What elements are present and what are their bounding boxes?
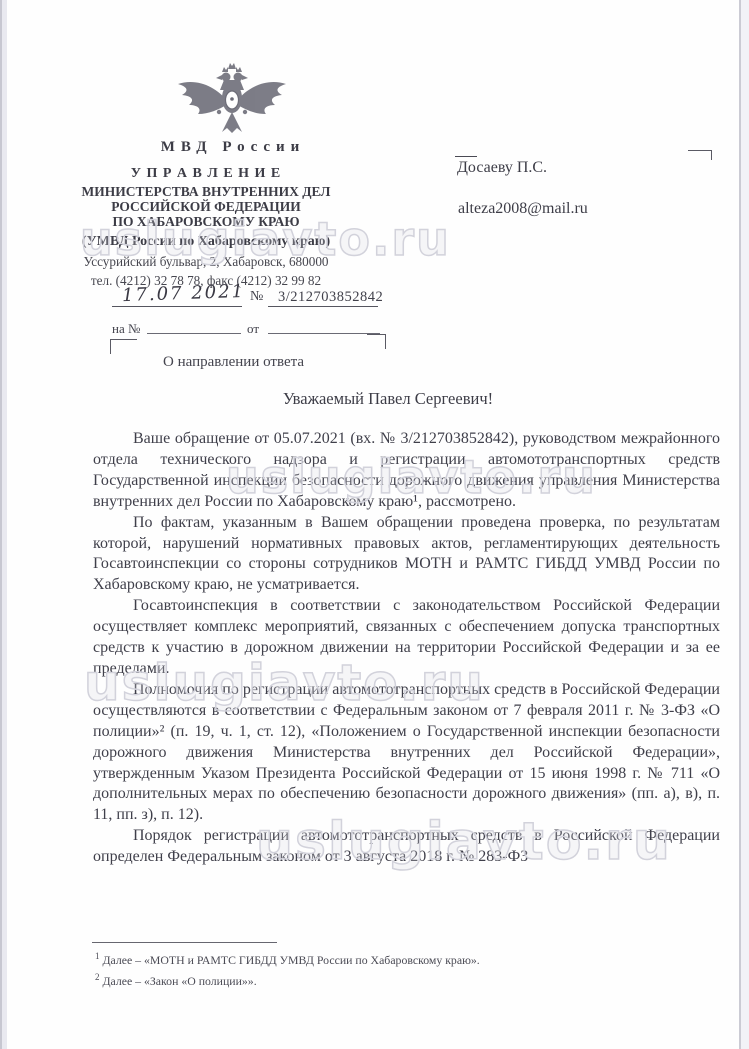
footnote-separator [92,942,277,943]
org-address: Уссурийский бульвар, 2, Хабаровск, 68000… [66,255,346,270]
footnotes: 1 Далее – «МОТН и РАМТС ГИБДД УМВД Росси… [95,948,480,990]
org-name-short: МВД России [93,139,373,156]
handwritten-date: 17.07 2021 [122,281,246,306]
addressee-corner-mark [455,156,477,157]
org-abbreviation: (УМВД России по Хабаровскому краю) [66,234,346,250]
corner-bracket-right [367,334,386,349]
ref-ot-label: от [247,321,259,337]
footnote-text: Далее – «МОТН и РАМТС ГИБДД УМВД России … [102,953,479,967]
corner-bracket-left [110,339,137,354]
salutation: Уважаемый Павел Сергеевич! [93,389,683,409]
body-paragraph: Порядок регистрации автомототранспортных… [93,826,720,868]
ref-ot-underline [268,333,380,334]
scanned-letter-page: uslugiavto.ru uslugiavto.ru uslugiavto.r… [0,0,749,1049]
mvd-eagle-emblem [172,60,292,140]
date-underline [112,306,242,307]
ref-na-label: на № [112,321,140,337]
letter-subject: О направлении ответа [163,354,304,371]
body-paragraph: Госавтоинспекция в соответствии с законо… [93,596,720,680]
addressee-name: Досаеву П.С. [457,159,547,177]
body-paragraph: Ваше обращение от 05.07.2021 (вх. № 3/21… [93,429,720,513]
org-line-region: ПО ХАБАРОВСКОМУ КРАЮ [66,214,346,229]
body-paragraph: По фактам, указанным в Вашем обращении п… [93,513,720,597]
footnote-line: 2 Далее – «Закон «О полиции»». [95,969,480,990]
page-edge-left [0,0,10,1049]
number-underline [268,306,378,307]
addressee-email: alteza2008@mail.ru [458,200,588,218]
letter-body: Ваше обращение от 05.07.2021 (вх. № 3/21… [93,429,720,868]
ref-na-underline [147,333,241,334]
org-line-ministry: МИНИСТЕРСТВА ВНУТРЕННИХ ДЕЛ [66,184,346,199]
footnote-line: 1 Далее – «МОТН и РАМТС ГИБДД УМВД Росси… [95,948,480,969]
page-edge-right [737,0,749,1049]
footnote-marker: 1 [95,951,100,961]
org-header-block: У П Р А В Л Е Н И Е МИНИСТЕРСТВА ВНУТРЕН… [66,166,346,289]
addressee-corner-bracket [688,150,712,160]
document-number: 3/212703852842 [278,289,383,306]
number-sign-label: № [250,289,263,305]
body-paragraph: Полномочия по регистрации автомототрансп… [93,680,720,826]
org-line-upravlenie: У П Р А В Л Е Н И Е [66,166,346,182]
footnote-marker: 2 [95,972,100,982]
org-line-federation: РОССИЙСКОЙ ФЕДЕРАЦИИ [66,199,346,214]
footnote-text: Далее – «Закон «О полиции»». [102,974,256,988]
